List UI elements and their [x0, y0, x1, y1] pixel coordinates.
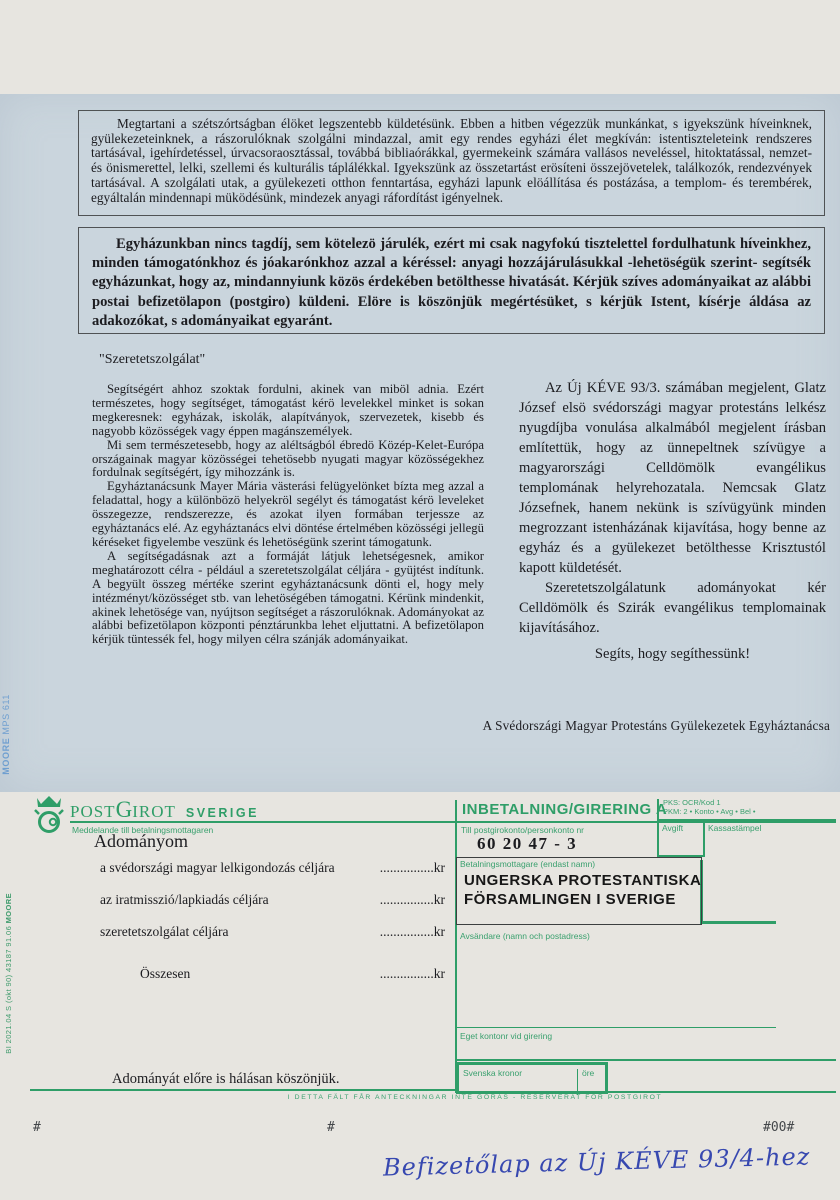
appeal-box: Egyházunkban nincs tagdíj, sem kötelezö …: [78, 227, 825, 334]
fee-label: Avgift: [662, 823, 683, 833]
fee-stamp-divider-rule: [703, 819, 705, 857]
right-column: Az Új KÉVE 93/3. számában megjelent, Gla…: [519, 378, 826, 664]
ore-divider-rule: [577, 1069, 578, 1095]
form-bottom-left-rule: [30, 1089, 457, 1091]
payee-name: UNGERSKA PROTESTANTISKA FÖRSAMLINGEN I S…: [464, 871, 701, 909]
amount-box-top-rule: [456, 1059, 836, 1061]
section-heading: "Szeretetszolgálat": [99, 352, 205, 368]
moore-brand-text: MOORE: [1, 738, 11, 775]
total-row: Összesen ................kr: [100, 966, 445, 982]
amount-dotted-field: ................kr: [380, 966, 445, 982]
left-paragraph-3: Egyháztanácsunk Mayer Mária västerási fe…: [92, 480, 484, 550]
print-code-label-blue: MOORE MPS 611: [1, 694, 11, 775]
thanks-line: Adományát előre is hálásan köszönjük.: [112, 1071, 340, 1088]
amount-box: Svenska kronor öre: [456, 1062, 608, 1094]
currency-label: Svenska kronor: [463, 1068, 522, 1078]
payee-bottom-thick-rule: [700, 921, 776, 924]
intro-box: Megtartani a szétszórtságban élöket legs…: [78, 110, 825, 216]
amount-dotted-field: ................kr: [380, 892, 445, 908]
own-account-label: Eget kontonr vid girering: [460, 1031, 552, 1041]
crown-icon: [37, 796, 61, 807]
total-label: Összesen: [100, 966, 190, 982]
left-paragraph-2: Mi sem természetesebb, hogy az aléltságb…: [92, 439, 484, 481]
amount-dotted-field: ................kr: [380, 860, 445, 876]
account-number: 60 20 47 - 3: [477, 834, 577, 854]
amount-dotted-field: ................kr: [380, 924, 445, 940]
signature-line: A Svédországi Magyar Protestáns Gyülekez…: [375, 718, 830, 734]
brand-country: SVERIGE: [186, 806, 259, 820]
donation-row: szeretetszolgálat céljára ..............…: [100, 924, 445, 940]
pks-line: PKS: OCR/Kod 1: [663, 798, 721, 807]
brand-post: POST: [70, 802, 116, 821]
hash-mark-left: #: [33, 1120, 41, 1135]
left-column: Segítségért ahhoz szoktak fordulni, akin…: [92, 383, 484, 647]
donation-row: a svédországi magyar lelkigondozás céljá…: [100, 860, 445, 876]
scanned-page: Megtartani a szétszórtságban élöket legs…: [0, 0, 840, 1200]
message-value: Adományom: [94, 831, 188, 852]
form-title: INBETALNING/GIRERING A: [462, 801, 667, 818]
closing-appeal-line: Segíts, hogy segíthessünk!: [519, 644, 826, 664]
intro-paragraph: Megtartani a szétszórtságban élöket legs…: [79, 111, 824, 205]
donation-label: a svédországi magyar lelkigondozás céljá…: [100, 860, 335, 876]
mps-code-text: MPS 611: [1, 694, 11, 735]
form-code-text: BI 2021.04 S (okt 90) 43187 91.06: [4, 926, 13, 1054]
own-account-top-rule: [456, 1027, 776, 1028]
hash-mark-middle: #: [327, 1120, 335, 1135]
reserved-strip: I DETTA FÄLT FÅR ANTECKNINGAR INTE GÖRAS…: [240, 1094, 710, 1101]
right-paragraph-1: Az Új KÉVE 93/3. számában megjelent, Gla…: [519, 378, 826, 578]
right-paragraph-2: Szeretetszolgálatunk adományokat kér Cel…: [519, 578, 826, 638]
brand-g: G: [116, 797, 133, 822]
hash-mark-right: #00#: [763, 1120, 794, 1135]
stamp-label: Kassastämpel: [708, 823, 761, 833]
left-paragraph-1: Segítségért ahhoz szoktak fordulni, akin…: [92, 383, 484, 439]
pkm-line: PKM: 2 • Konto • Avg • Bel •: [663, 807, 756, 816]
postgirot-logo-icon: [30, 795, 68, 835]
brand-wordmark: POSTGIROTSVERIGE: [70, 797, 259, 823]
center-divider-rule: [455, 800, 457, 1093]
print-code-label-green: BI 2021.04 S (okt 90) 43187 91.06 MOORE: [4, 893, 13, 1054]
donation-row: az iratmisszió/lapkiadás céljára .......…: [100, 892, 445, 908]
pks-underline-rule: [657, 819, 836, 821]
handwritten-note: Befizetőlap az Új KÉVE 93/4-hez: [383, 1142, 811, 1181]
appeal-paragraph: Egyházunkban nincs tagdíj, sem kötelezö …: [79, 228, 824, 331]
donation-label: az iratmisszió/lapkiadás céljára: [100, 892, 269, 908]
moore-brand-text: MOORE: [4, 893, 13, 923]
brand-irot: IROT: [132, 802, 176, 821]
form-bottom-right-rule: [605, 1091, 836, 1093]
left-paragraph-4: A segítségadásnak azt a formáját látjuk …: [92, 550, 484, 647]
sender-label: Avsändare (namn och postadress): [460, 931, 590, 941]
payee-label: Betalningsmottagare (endast namn): [460, 859, 595, 869]
ore-label: öre: [582, 1068, 594, 1078]
donation-label: szeretetszolgálat céljára: [100, 924, 229, 940]
